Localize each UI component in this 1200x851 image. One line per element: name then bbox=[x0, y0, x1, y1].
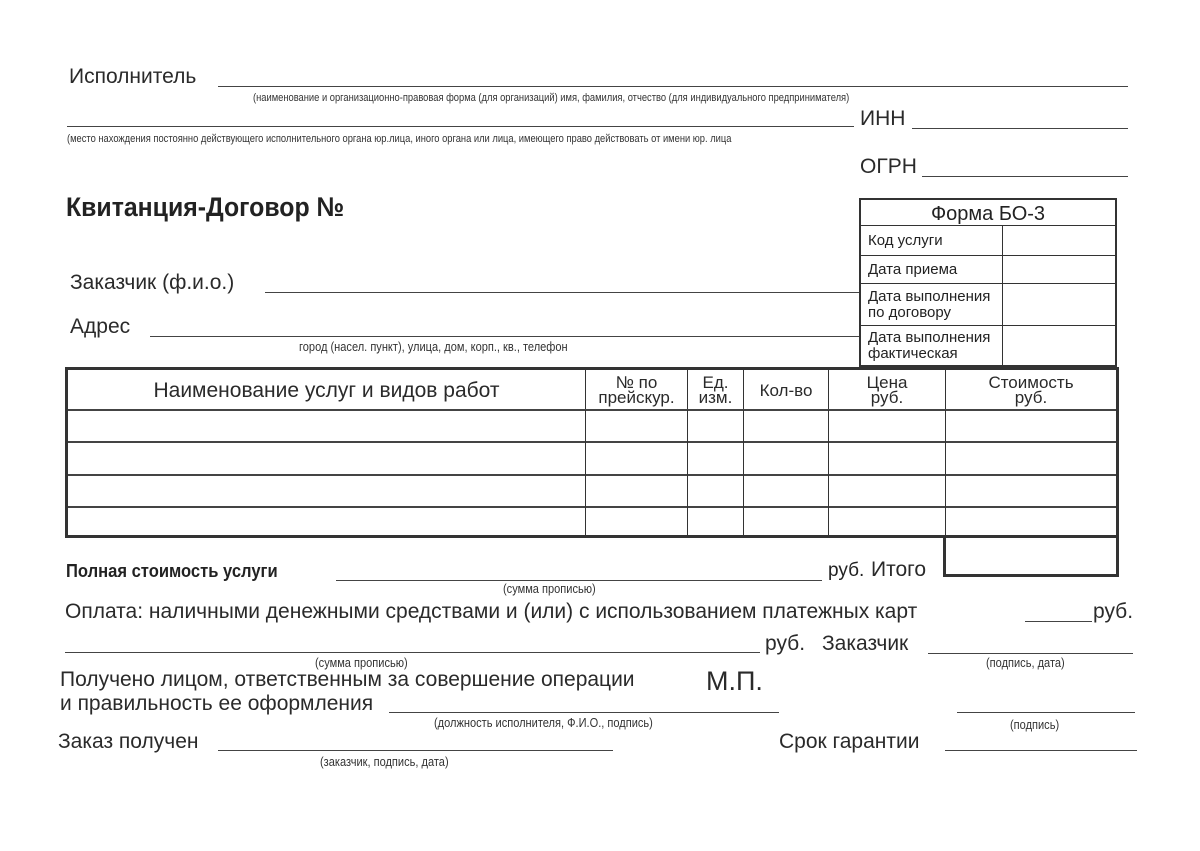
forma-label: Дата приема bbox=[861, 256, 1003, 283]
table-cell[interactable] bbox=[829, 442, 944, 474]
table-cell[interactable] bbox=[829, 410, 944, 441]
services-table: Наименование услуг и видов работ № попре… bbox=[65, 367, 1119, 538]
col-header-text: прейскур. bbox=[598, 390, 674, 405]
full-cost-label: Полная стоимость услуги bbox=[66, 561, 278, 582]
forma-row-accept-date: Дата приема bbox=[861, 256, 1115, 284]
forma-title: Форма БО-3 bbox=[861, 200, 1115, 226]
table-cell[interactable] bbox=[68, 475, 584, 506]
table-cell[interactable] bbox=[586, 442, 686, 474]
forma-label: Дата выполнения по договору bbox=[861, 284, 1003, 325]
col-header-qty: Кол-во bbox=[744, 370, 829, 410]
sum-words-hint: (сумма прописью) bbox=[503, 581, 596, 596]
table-cell[interactable] bbox=[586, 475, 686, 506]
table-cell[interactable] bbox=[68, 410, 584, 441]
customer-name-field[interactable] bbox=[265, 292, 859, 293]
inn-label: ИНН bbox=[860, 107, 905, 131]
received-line2: и правильность ее оформления bbox=[60, 692, 373, 716]
table-cell[interactable] bbox=[68, 507, 584, 535]
customer-name-label: Заказчик (ф.и.о.) bbox=[70, 271, 234, 295]
forma-row-actual-date: Дата выполнения фактическая bbox=[861, 326, 1115, 365]
signature-date-hint: (подпись, дата) bbox=[986, 655, 1065, 670]
responsible-hint: (должность исполнителя, Ф.И.О., подпись) bbox=[434, 715, 653, 730]
signature-field[interactable] bbox=[957, 712, 1135, 713]
executor-location-field[interactable] bbox=[67, 126, 854, 127]
table-cell[interactable] bbox=[946, 475, 1114, 506]
address-field[interactable] bbox=[150, 336, 859, 337]
ogrn-field[interactable] bbox=[922, 176, 1128, 177]
table-cell[interactable] bbox=[688, 442, 742, 474]
col-header-unit: Ед.изм. bbox=[688, 370, 744, 410]
table-cell[interactable] bbox=[946, 507, 1114, 535]
address-hint: город (насел. пункт), улица, дом, корп.,… bbox=[299, 339, 568, 354]
executor-field[interactable] bbox=[218, 86, 1128, 87]
table-cell[interactable] bbox=[744, 410, 827, 441]
table-cell[interactable] bbox=[829, 475, 944, 506]
order-received-hint: (заказчик, подпись, дата) bbox=[320, 754, 449, 769]
col-header-text: изм. bbox=[699, 390, 733, 405]
col-header-price: Ценаруб. bbox=[829, 370, 946, 410]
document-title: Квитанция-Договор № bbox=[66, 192, 344, 223]
forma-row-contract-date: Дата выполнения по договору bbox=[861, 284, 1115, 326]
received-line1: Получено лицом, ответственным за соверше… bbox=[60, 668, 635, 692]
card-payment-field[interactable] bbox=[1025, 621, 1092, 622]
table-cell[interactable] bbox=[68, 442, 584, 474]
col-header-cost: Стоимостьруб. bbox=[946, 370, 1116, 410]
table-cell[interactable] bbox=[744, 475, 827, 506]
payment-words-field[interactable] bbox=[65, 652, 760, 653]
payment-rub-label: руб. bbox=[765, 632, 805, 656]
contract-date-field[interactable] bbox=[1003, 284, 1115, 325]
order-received-label: Заказ получен bbox=[58, 730, 198, 754]
table-cell[interactable] bbox=[744, 442, 827, 474]
table-cell[interactable] bbox=[688, 507, 742, 535]
col-header-text: руб. bbox=[871, 390, 903, 405]
table-cell[interactable] bbox=[688, 475, 742, 506]
payment-text: Оплата: наличными денежными средствами и… bbox=[65, 600, 917, 624]
ogrn-label: ОГРН bbox=[860, 155, 917, 179]
stamp-label: М.П. bbox=[706, 666, 763, 697]
table-cell[interactable] bbox=[688, 410, 742, 441]
signature-hint: (подпись) bbox=[1010, 717, 1059, 732]
itogo-label: Итого bbox=[871, 558, 926, 582]
executor-hint: (наименование и организационно-правовая … bbox=[253, 92, 849, 104]
table-cell[interactable] bbox=[586, 410, 686, 441]
col-header-text: Наименование услуг и видов работ bbox=[153, 383, 499, 398]
table-cell[interactable] bbox=[946, 410, 1114, 441]
forma-label: Код услуги bbox=[861, 226, 1003, 255]
warranty-field[interactable] bbox=[945, 750, 1137, 751]
customer-sign-label: Заказчик bbox=[822, 632, 908, 656]
customer-signature-field[interactable] bbox=[928, 653, 1133, 654]
col-header-text: Кол-во bbox=[760, 383, 813, 398]
inn-field[interactable] bbox=[912, 128, 1128, 129]
table-cell[interactable] bbox=[586, 507, 686, 535]
col-header-text: руб. bbox=[1015, 390, 1047, 405]
table-cell[interactable] bbox=[946, 442, 1114, 474]
forma-box: Форма БО-3 Код услуги Дата приема Дата в… bbox=[859, 198, 1117, 367]
service-code-field[interactable] bbox=[1003, 226, 1115, 255]
responsible-person-field[interactable] bbox=[389, 712, 779, 713]
col-header-service: Наименование услуг и видов работ bbox=[68, 370, 586, 410]
address-label: Адрес bbox=[70, 315, 130, 339]
rub-label: руб. bbox=[828, 560, 864, 582]
actual-date-field[interactable] bbox=[1003, 326, 1115, 365]
accept-date-field[interactable] bbox=[1003, 256, 1115, 283]
itogo-field[interactable] bbox=[943, 536, 1119, 577]
forma-row-service-code: Код услуги bbox=[861, 226, 1115, 256]
forma-label: Дата выполнения фактическая bbox=[861, 326, 1003, 365]
order-received-field[interactable] bbox=[218, 750, 613, 751]
card-rub-label: руб. bbox=[1093, 600, 1133, 624]
table-cell[interactable] bbox=[744, 507, 827, 535]
col-header-pricelist-no: № попрейскур. bbox=[586, 370, 688, 410]
table-cell[interactable] bbox=[829, 507, 944, 535]
warranty-label: Срок гарантии bbox=[779, 730, 919, 754]
location-hint: (место нахождения постоянно действующего… bbox=[67, 133, 731, 145]
executor-label: Исполнитель bbox=[69, 65, 196, 89]
